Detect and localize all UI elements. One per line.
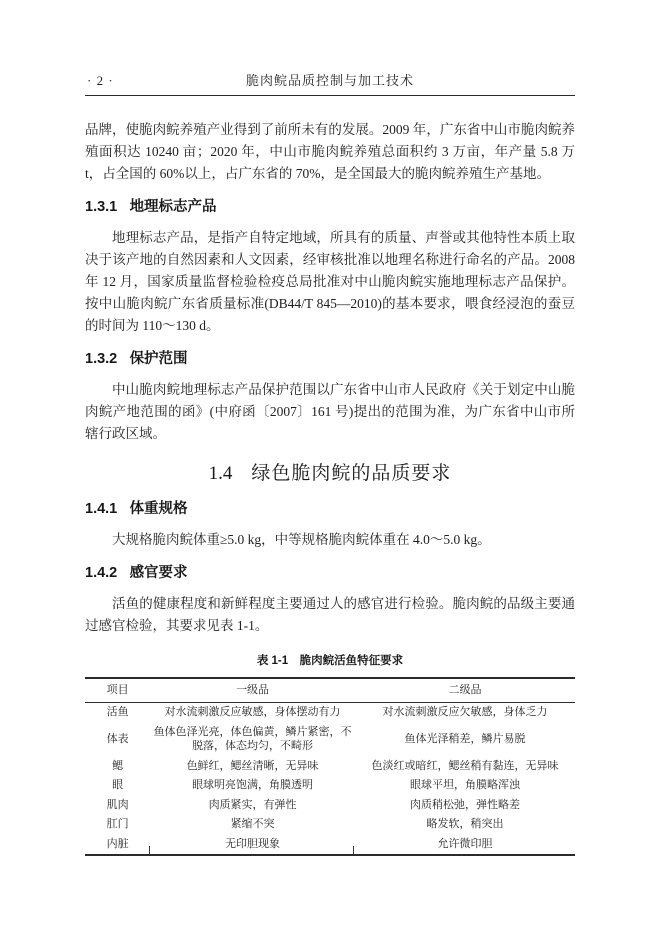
section-number: 1.3.2	[85, 351, 117, 367]
cell-grade2: 鱼体光泽稍差，鳞片易脱	[355, 722, 575, 756]
section-title: 地理标志产品	[130, 199, 217, 215]
table-column-rule-tick	[353, 846, 354, 854]
chapter-heading-1-4: 1.4绿色脆肉鲩的品质要求	[85, 461, 575, 487]
section-number: 1.4.1	[85, 501, 117, 517]
section-number: 1.3.1	[85, 199, 117, 215]
table-row: 内脏 无印胆现象 允许微印胆	[85, 834, 575, 855]
cell-grade1: 紧缩不突	[150, 815, 355, 835]
section-heading-1-4-1: 1.4.1体重规格	[85, 500, 575, 519]
cell-grade1: 肉质紧实，有弹性	[150, 795, 355, 815]
table-row: 眼 眼球明亮饱满，角膜透明 眼球平坦，角膜略浑浊	[85, 776, 575, 796]
cell-grade2: 肉质稍松弛，弹性略差	[355, 795, 575, 815]
section-title: 保护范围	[130, 351, 188, 367]
table-row: 肌肉 肉质紧实，有弹性 肉质稍松弛，弹性略差	[85, 795, 575, 815]
table-header-row: 项目 一级品 二级品	[85, 678, 575, 702]
chapter-title: 绿色脆肉鲩的品质要求	[251, 463, 451, 484]
table-row: 肛门 紧缩不突 略发软，稍突出	[85, 815, 575, 835]
column-header-item: 项目	[85, 678, 150, 702]
running-header: · 2 · 脆肉鲩品质控制与加工技术	[85, 73, 575, 96]
section-heading-1-3-2: 1.3.2保护范围	[85, 350, 575, 369]
cell-item: 肌肉	[85, 795, 150, 815]
column-header-grade2: 二级品	[355, 678, 575, 702]
section-body-1-4-2: 活鱼的健康程度和新鲜程度主要通过人的感官进行检验。脆肉鲩的品级主要通过感官检验，…	[85, 593, 575, 637]
cell-grade1: 眼球明亮饱满，角膜透明	[150, 776, 355, 796]
cell-grade2: 略发软，稍突出	[355, 815, 575, 835]
section-heading-1-3-1: 1.3.1地理标志产品	[85, 198, 575, 217]
section-body-1-3-2: 中山脆肉鲩地理标志产品保护范围以广东省中山市人民政府《关于划定中山脆肉鲩产地范围…	[85, 379, 575, 445]
intro-paragraph: 品牌，使脆肉鲩养殖产业得到了前所未有的发展。2009 年，广东省中山市脆肉鲩养殖…	[85, 119, 575, 185]
table-row: 体表 鱼体色泽光亮，体色偏黄，鳞片紧密，不脱落，体态均匀，不畸形 鱼体光泽稍差，…	[85, 722, 575, 756]
cell-grade2: 眼球平坦，角膜略浑浊	[355, 776, 575, 796]
cell-grade2: 允许微印胆	[355, 834, 575, 855]
cell-item: 活鱼	[85, 702, 150, 722]
section-body-1-4-1: 大规格脆肉鲩体重≥5.0 kg，中等规格脆肉鲩体重在 4.0～5.0 kg。	[85, 529, 575, 551]
table-caption-label: 表 1-1	[257, 655, 288, 667]
section-title: 体重规格	[130, 501, 188, 517]
table-row: 活鱼 对水流刺激反应敏感，身体摆动有力 对水流刺激反应欠敏感，身体乏力	[85, 702, 575, 722]
table-caption-text: 脆肉鲩活鱼特征要求	[300, 655, 404, 667]
quality-table-wrap: 项目 一级品 二级品 活鱼 对水流刺激反应敏感，身体摆动有力 对水流刺激反应欠敏…	[85, 677, 575, 856]
cell-item: 内脏	[85, 834, 150, 855]
cell-item: 体表	[85, 722, 150, 756]
cell-item: 肛门	[85, 815, 150, 835]
running-title: 脆肉鲩品质控制与加工技术	[85, 73, 575, 89]
chapter-number: 1.4	[209, 463, 233, 484]
cell-grade1: 对水流刺激反应敏感，身体摆动有力	[150, 702, 355, 722]
page-number: · 2 ·	[87, 73, 114, 89]
table-caption: 表 1-1脆肉鲩活鱼特征要求	[85, 654, 575, 669]
section-heading-1-4-2: 1.4.2感官要求	[85, 564, 575, 583]
cell-grade1: 色鲜红，鳃丝清晰，无异味	[150, 756, 355, 776]
table-column-rule-tick	[149, 846, 150, 854]
cell-item: 眼	[85, 776, 150, 796]
section-body-1-3-1: 地理标志产品，是指产自特定地域，所具有的质量、声誉或其他特性本质上取决于该产地的…	[85, 227, 575, 337]
cell-grade1: 鱼体色泽光亮，体色偏黄，鳞片紧密，不脱落，体态均匀，不畸形	[150, 722, 355, 756]
cell-item: 鳃	[85, 756, 150, 776]
quality-table: 项目 一级品 二级品 活鱼 对水流刺激反应敏感，身体摆动有力 对水流刺激反应欠敏…	[85, 677, 575, 856]
section-number: 1.4.2	[85, 565, 117, 581]
column-header-grade1: 一级品	[150, 678, 355, 702]
cell-grade1: 无印胆现象	[150, 834, 355, 855]
cell-grade2: 对水流刺激反应欠敏感，身体乏力	[355, 702, 575, 722]
book-page: · 2 · 脆肉鲩品质控制与加工技术 品牌，使脆肉鲩养殖产业得到了前所未有的发展…	[85, 0, 575, 856]
table-row: 鳃 色鲜红，鳃丝清晰，无异味 色淡红或暗红，鳃丝稍有黏连，无异味	[85, 756, 575, 776]
cell-grade2: 色淡红或暗红，鳃丝稍有黏连，无异味	[355, 756, 575, 776]
section-title: 感官要求	[130, 565, 188, 581]
